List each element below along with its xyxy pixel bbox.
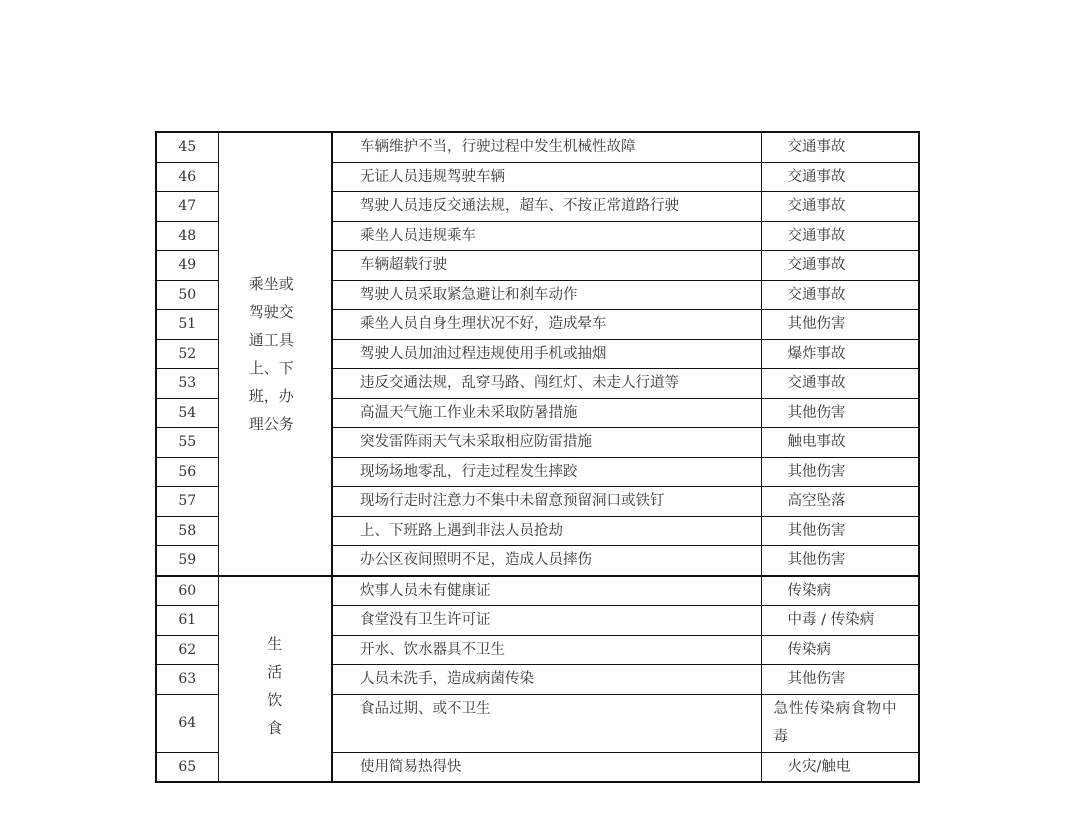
hazard-description: 食堂没有卫生许可证 <box>332 606 761 636</box>
hazard-description: 驾驶人员违反交通法规，超车、不按正常道路行驶 <box>332 192 761 222</box>
hazard-description: 现场行走时注意力不集中未留意预留洞口或铁钉 <box>332 487 761 517</box>
row-number: 55 <box>156 428 218 458</box>
row-number: 59 <box>156 546 218 576</box>
accident-type: 高空坠落 <box>761 487 919 517</box>
row-number: 45 <box>156 132 218 162</box>
row-number: 46 <box>156 162 218 192</box>
hazard-description: 使用简易热得快 <box>332 752 761 782</box>
row-number: 52 <box>156 339 218 369</box>
row-number: 57 <box>156 487 218 517</box>
category-cell: 生活饮食 <box>218 576 332 783</box>
accident-type: 交通事故 <box>761 369 919 399</box>
accident-type: 交通事故 <box>761 221 919 251</box>
accident-type: 交通事故 <box>761 192 919 222</box>
row-number: 47 <box>156 192 218 222</box>
accident-type: 其他伤害 <box>761 665 919 695</box>
category-label: 乘坐或驾驶交通工具上、下班，办理公务 <box>249 270 301 438</box>
row-number: 53 <box>156 369 218 399</box>
hazard-description: 违反交通法规，乱穿马路、闯红灯、未走人行道等 <box>332 369 761 399</box>
hazard-description: 乘坐人员自身生理状况不好，造成晕车 <box>332 310 761 340</box>
accident-type: 爆炸事故 <box>761 339 919 369</box>
accident-type: 火灾/触电 <box>761 752 919 782</box>
table-row: 45 乘坐或驾驶交通工具上、下班，办理公务 车辆维护不当，行驶过程中发生机械性故… <box>156 132 919 162</box>
accident-type: 交通事故 <box>761 280 919 310</box>
row-number: 65 <box>156 752 218 782</box>
row-number: 49 <box>156 251 218 281</box>
accident-type: 其他伤害 <box>761 516 919 546</box>
row-number: 58 <box>156 516 218 546</box>
row-number: 63 <box>156 665 218 695</box>
accident-type: 急性传染病食物中毒 <box>761 694 919 752</box>
accident-type: 交通事故 <box>761 251 919 281</box>
row-number: 51 <box>156 310 218 340</box>
hazard-description: 高温天气施工作业未采取防暑措施 <box>332 398 761 428</box>
hazard-table: 45 乘坐或驾驶交通工具上、下班，办理公务 车辆维护不当，行驶过程中发生机械性故… <box>155 131 920 783</box>
accident-type: 交通事故 <box>761 162 919 192</box>
accident-type: 触电事故 <box>761 428 919 458</box>
hazard-description: 驾驶人员采取紧急避让和刹车动作 <box>332 280 761 310</box>
hazard-description: 无证人员违规驾驶车辆 <box>332 162 761 192</box>
hazard-description: 办公区夜间照明不足，造成人员摔伤 <box>332 546 761 576</box>
accident-type: 其他伤害 <box>761 546 919 576</box>
category-cell: 乘坐或驾驶交通工具上、下班，办理公务 <box>218 132 332 576</box>
row-number: 64 <box>156 694 218 752</box>
table-row: 60 生活饮食 炊事人员未有健康证 传染病 <box>156 576 919 606</box>
accident-type: 传染病 <box>761 635 919 665</box>
accident-type: 其他伤害 <box>761 457 919 487</box>
hazard-description: 车辆维护不当，行驶过程中发生机械性故障 <box>332 132 761 162</box>
hazard-description: 食品过期、或不卫生 <box>332 694 761 752</box>
hazard-description: 现场场地零乱，行走过程发生摔跤 <box>332 457 761 487</box>
accident-type: 交通事故 <box>761 132 919 162</box>
hazard-description: 驾驶人员加油过程违规使用手机或抽烟 <box>332 339 761 369</box>
row-number: 50 <box>156 280 218 310</box>
hazard-description: 人员未洗手，造成病菌传染 <box>332 665 761 695</box>
hazard-description: 上、下班路上遇到非法人员抢劫 <box>332 516 761 546</box>
row-number: 54 <box>156 398 218 428</box>
accident-type: 传染病 <box>761 576 919 606</box>
accident-type: 其他伤害 <box>761 398 919 428</box>
accident-type: 中毒 / 传染病 <box>761 606 919 636</box>
row-number: 60 <box>156 576 218 606</box>
hazard-description: 开水、饮水器具不卫生 <box>332 635 761 665</box>
accident-type: 其他伤害 <box>761 310 919 340</box>
row-number: 56 <box>156 457 218 487</box>
hazard-description: 突发雷阵雨天气未采取相应防雷措施 <box>332 428 761 458</box>
row-number: 62 <box>156 635 218 665</box>
row-number: 61 <box>156 606 218 636</box>
hazard-description: 炊事人员未有健康证 <box>332 576 761 606</box>
row-number: 48 <box>156 221 218 251</box>
hazard-description: 车辆超载行驶 <box>332 251 761 281</box>
hazard-description: 乘坐人员违规乘车 <box>332 221 761 251</box>
category-label: 生活饮食 <box>266 616 284 742</box>
